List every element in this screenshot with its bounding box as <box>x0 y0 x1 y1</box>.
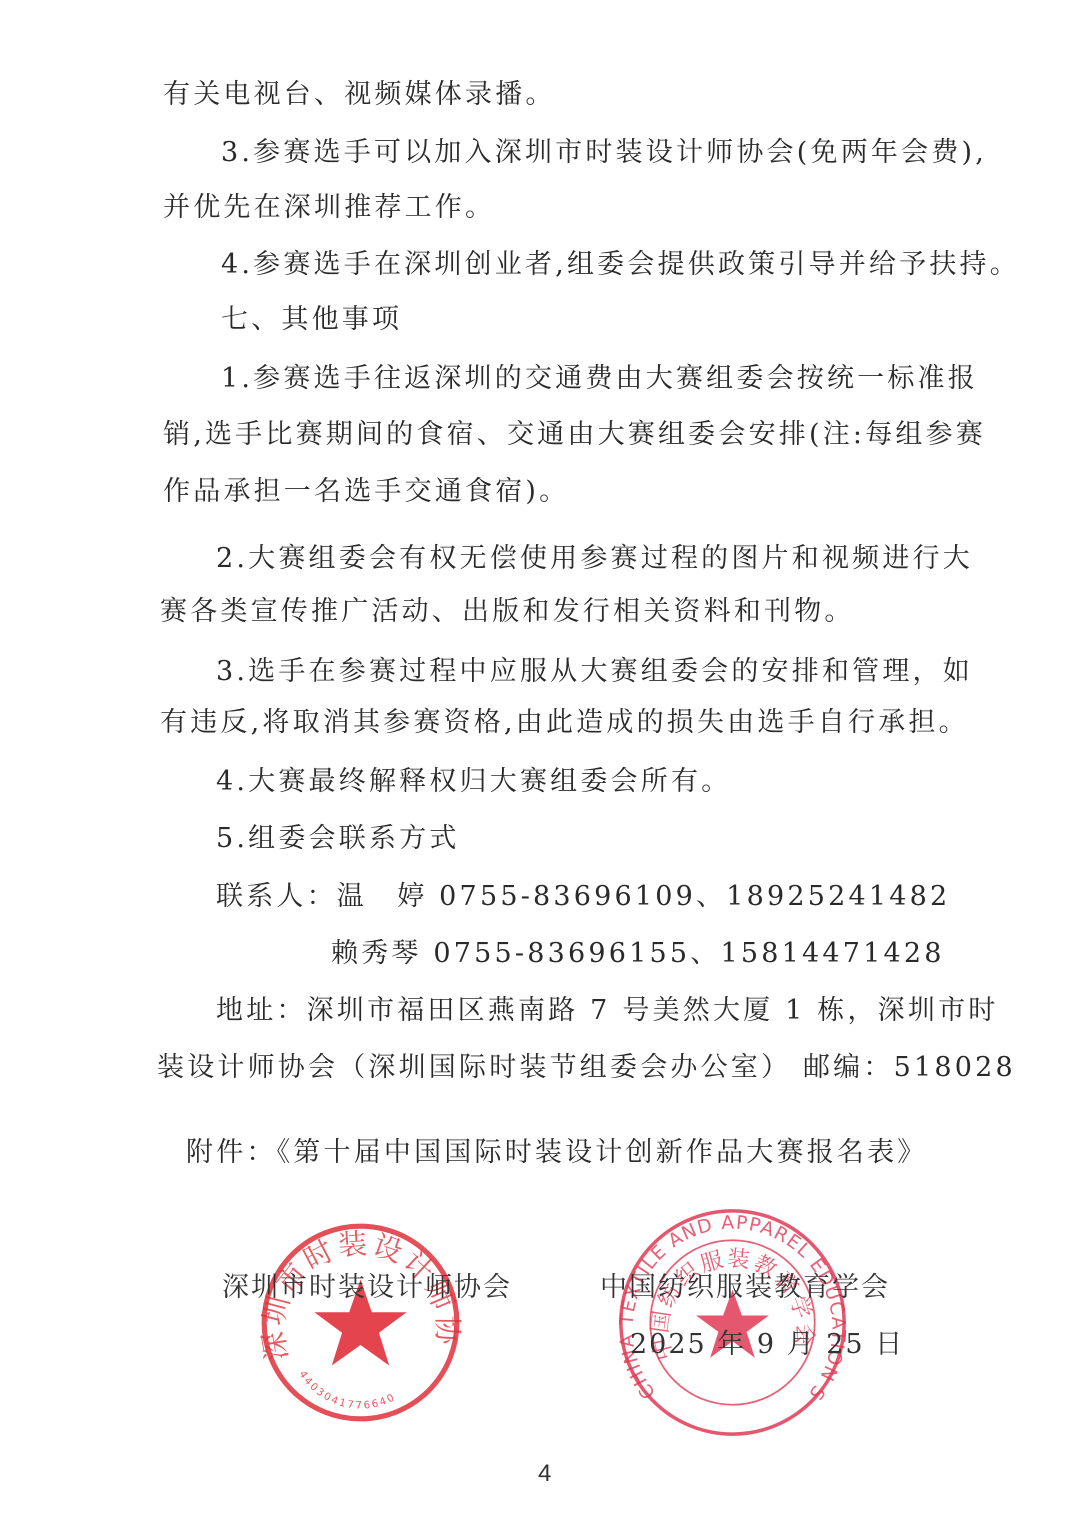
red-seal-icon: 深圳市时装设计师协会 4403041776640 <box>258 1220 463 1425</box>
text-line: 有违反,将取消其参赛资格,由此造成的损失由选手自行承担。 <box>160 706 969 740</box>
address-line: 地址：深圳市福田区燕南路 7 号美然大厦 1 栋，深圳市时 <box>216 994 999 1028</box>
section-heading: 七、其他事项 <box>221 303 402 337</box>
red-seal-icon: CHINA TEXTILE AND APPAREL EDUCATION SOCI… <box>615 1205 850 1440</box>
address-line: 装设计师协会（深圳国际时装节组委会办公室） 邮编：518028 <box>157 1051 1016 1085</box>
text-line: 2.大赛组委会有权无偿使用参赛过程的图片和视频进行大 <box>216 542 973 576</box>
signature-org-left: 深圳市时装设计师协会 <box>222 1271 512 1305</box>
text-line: 作品承担一名选手交通食宿)。 <box>163 475 569 509</box>
signature-date: 2025 年 9 月 25 日 <box>630 1328 904 1362</box>
attachment-line: 附件：《第十届中国国际时装设计创新作品大赛报名表》 <box>186 1136 928 1170</box>
text-line: 4.大赛最终解释权归大赛组委会所有。 <box>216 765 731 799</box>
text-line: 5.组委会联系方式 <box>216 822 460 856</box>
seal-china-textile-apparel-education-society: CHINA TEXTILE AND APPAREL EDUCATION SOCI… <box>615 1205 850 1440</box>
text-line: 有关电视台、视频媒体录播。 <box>163 78 556 112</box>
text-line: 并优先在深圳推荐工作。 <box>163 191 495 225</box>
text-line: 赛各类宣传推广活动、出版和发行相关资料和刊物。 <box>160 595 855 629</box>
text-line: 3.参赛选手可以加入深圳市时装设计师协会(免两年会费), <box>221 136 987 170</box>
text-line: 1.参赛选手往返深圳的交通费由大赛组委会按统一标准报 <box>221 362 978 396</box>
text-line: 销,选手比赛期间的食宿、交通由大赛组委会安排(注:每组参赛 <box>163 418 986 452</box>
text-line: 3.选手在参赛过程中应服从大赛组委会的安排和管理，如 <box>216 655 973 689</box>
contact-line: 赖秀琴 0755-83696155、15814471428 <box>331 937 945 971</box>
text-line: 4.参赛选手在深圳创业者,组委会提供政策引导并给予扶持。 <box>221 248 1020 282</box>
page-number: 4 <box>538 1460 551 1488</box>
contact-line: 联系人：温 婷 0755-83696109、18925241482 <box>216 880 950 914</box>
signature-org-right: 中国纺织服装教育学会 <box>600 1271 890 1305</box>
seal-shenzhen-fashion-designers-association: 深圳市时装设计师协会 4403041776640 <box>258 1220 463 1425</box>
